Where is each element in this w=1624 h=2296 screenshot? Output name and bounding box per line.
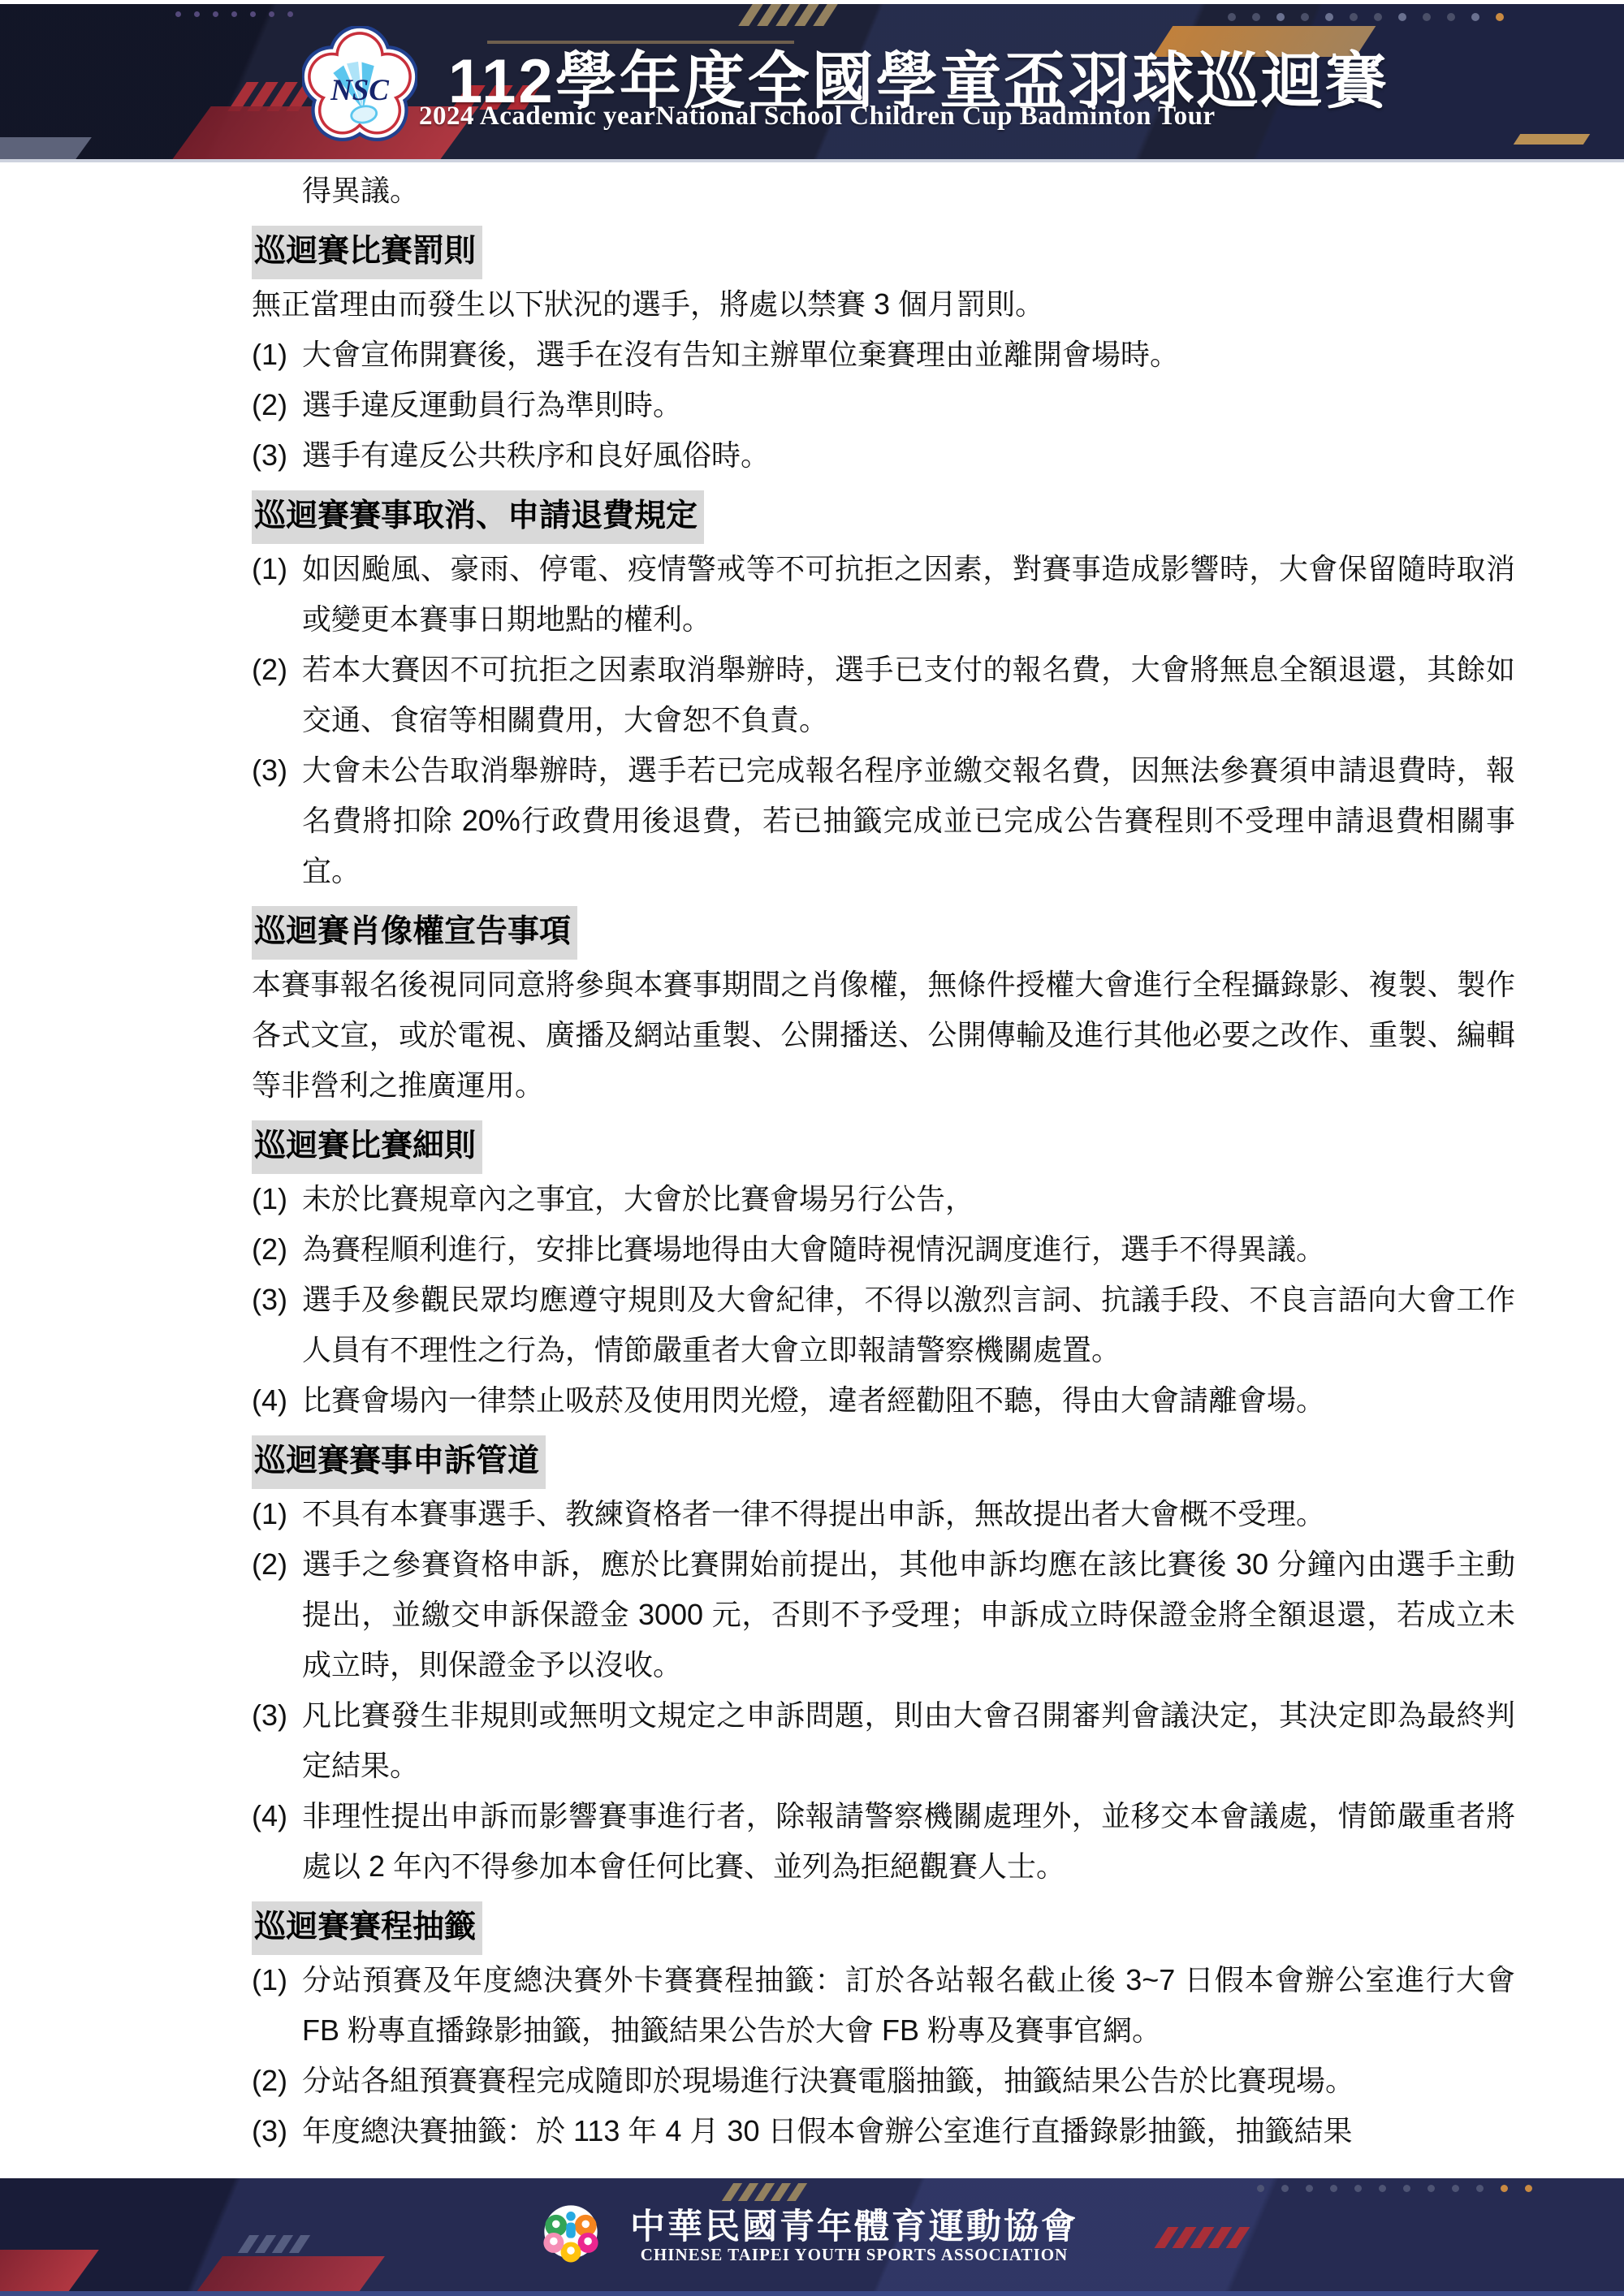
event-subtitle-en: 2024 Academic yearNational School Childr… xyxy=(419,101,1216,132)
footer-banner: 中華民國青年體育運動協會 CHINESE TAIPEI YOUTH SPORTS… xyxy=(0,2178,1624,2296)
item-number: (1) xyxy=(252,1489,287,1539)
list-item: (3) 大會未公告取消舉辦時，選手若已完成報名程序並繳交報名費，因無法參賽須申請… xyxy=(252,745,1515,896)
footer-slash-group-red xyxy=(1161,2227,1250,2248)
section-paragraph: 本賽事報名後視同同意將參與本賽事期間之肖像權，無條件授權大會進行全程攝錄影、複製… xyxy=(252,960,1515,1111)
list-item: (4) 比賽會場內一律禁止吸菸及使用閃光燈，違者經勸阻不聽，得由大會請離會場。 xyxy=(252,1375,1515,1426)
footer-slash-group-gray xyxy=(244,2235,312,2253)
section-heading: 巡迴賽賽程抽籤 xyxy=(252,1901,482,1955)
list-item: (1) 大會宣佈開賽後，選手在沒有告知主辦單位棄賽理由並離開會場時。 xyxy=(252,330,1515,380)
item-number: (3) xyxy=(252,1690,287,1741)
item-text: 未於比賽規章內之事宜，大會於比賽會場另行公告， xyxy=(302,1182,974,1215)
item-number: (4) xyxy=(252,1375,287,1426)
item-text: 選手違反運動員行為準則時。 xyxy=(302,388,682,421)
item-number: (1) xyxy=(252,544,287,594)
item-text: 若本大賽因不可抗拒之因素取消舉辦時，選手已支付的報名費，大會將無息全額退還，其餘… xyxy=(302,653,1515,736)
list-item: (1) 不具有本賽事選手、教練資格者一律不得提出申訴，無故提出者大會概不受理。 xyxy=(252,1489,1515,1539)
header-banner: NSC 112學年度全國學童盃羽球巡迴賽 2024 Academic yearN… xyxy=(0,4,1624,162)
continuation-line: 得異議。 xyxy=(252,166,1515,216)
item-text: 分站預賽及年度總決賽外卡賽賽程抽籤：訂於各站報名截止後 3~7 日假本會辦公室進… xyxy=(302,1963,1515,2047)
list-item: (3) 選手及參觀民眾均應遵守規則及大會紀律，不得以激烈言詞、抗議手段、不良言語… xyxy=(252,1275,1515,1375)
footer-bottom-strip xyxy=(0,2291,1624,2296)
section-heading: 巡迴賽肖像權宣告事項 xyxy=(252,906,577,960)
item-text: 選手之參賽資格申訴，應於比賽開始前提出，其他申訴均應在該比賽後 30 分鐘內由選… xyxy=(302,1547,1515,1681)
header-dots-right xyxy=(1228,13,1520,21)
section-appeal-channel: 巡迴賽賽事申訴管道 (1) 不具有本賽事選手、教練資格者一律不得提出申訴，無故提… xyxy=(252,1435,1515,1892)
item-text: 不具有本賽事選手、教練資格者一律不得提出申訴，無故提出者大會概不受理。 xyxy=(302,1497,1325,1530)
section-cancellation-refund: 巡迴賽賽事取消、申請退費規定 (1) 如因颱風、豪雨、停電、疫情警戒等不可抗拒之… xyxy=(252,490,1515,896)
section-match-rules: 巡迴賽比賽細則 (1) 未於比賽規章內之事宜，大會於比賽會場另行公告， (2) … xyxy=(252,1120,1515,1426)
item-number: (1) xyxy=(252,1955,287,2005)
list-item: (2) 選手違反運動員行為準則時。 xyxy=(252,380,1515,430)
item-number: (2) xyxy=(252,2056,287,2106)
footer-org-name-zh: 中華民國青年體育運動協會 xyxy=(627,2199,1082,2249)
item-number: (3) xyxy=(252,745,287,796)
section-penalties: 巡迴賽比賽罰則 無正當理由而發生以下狀況的選手，將處以禁賽 3 個月罰則。 (1… xyxy=(252,226,1515,481)
item-text: 選手有違反公共秩序和良好風俗時。 xyxy=(302,438,770,472)
item-text: 大會宣佈開賽後，選手在沒有告知主辦單位棄賽理由並離開會場時。 xyxy=(302,338,1179,371)
item-text: 大會未公告取消舉辦時，選手若已完成報名程序並繳交報名費，因無法參賽須申請退費時，… xyxy=(302,753,1515,887)
item-text: 非理性提出申訴而影響賽事進行者，除報請警察機關處理外，並移交本會議處，情節嚴重者… xyxy=(302,1799,1515,1883)
item-text: 分站各組預賽賽程完成隨即於現場進行決賽電腦抽籤，抽籤結果公告於比賽現場。 xyxy=(302,2064,1354,2097)
item-text: 年度總決賽抽籤：於 113 年 4 月 30 日假本會辦公室進行直播錄影抽籤，抽… xyxy=(302,2114,1352,2147)
section-heading: 巡迴賽比賽罰則 xyxy=(252,226,482,279)
section-draw: 巡迴賽賽程抽籤 (1) 分站預賽及年度總決賽外卡賽賽程抽籤：訂於各站報名截止後 … xyxy=(252,1901,1515,2156)
list-item: (1) 分站預賽及年度總決賽外卡賽賽程抽籤：訂於各站報名截止後 3~7 日假本會… xyxy=(252,1955,1515,2056)
section-portrait-rights: 巡迴賽肖像權宣告事項 本賽事報名後視同同意將參與本賽事期間之肖像權，無條件授權大… xyxy=(252,906,1515,1111)
header-tan-stripe xyxy=(1514,134,1590,145)
youth-sports-association-logo xyxy=(532,2193,610,2271)
list-item: (4) 非理性提出申訴而影響賽事進行者，除報請警察機關處理外，並移交本會議處，情… xyxy=(252,1791,1515,1892)
item-number: (3) xyxy=(252,1275,287,1325)
section-heading: 巡迴賽賽事申訴管道 xyxy=(252,1435,546,1489)
list-item: (2) 若本大賽因不可抗拒之因素取消舉辦時，選手已支付的報名費，大會將無息全額退… xyxy=(252,645,1515,745)
list-item: (3) 選手有違反公共秩序和良好風俗時。 xyxy=(252,430,1515,481)
item-text: 如因颱風、豪雨、停電、疫情警戒等不可抗拒之因素，對賽事造成影響時，大會保留隨時取… xyxy=(302,552,1515,636)
list-item: (3) 年度總決賽抽籤：於 113 年 4 月 30 日假本會辦公室進行直播錄影… xyxy=(252,2106,1515,2156)
list-item: (1) 如因颱風、豪雨、停電、疫情警戒等不可抗拒之因素，對賽事造成影響時，大會保… xyxy=(252,544,1515,645)
list-item: (2) 為賽程順利進行，安排比賽場地得由大會隨時視情況調度進行，選手不得異議。 xyxy=(252,1224,1515,1275)
item-number: (3) xyxy=(252,2106,287,2156)
footer-red-wedge-mid xyxy=(192,2256,385,2296)
section-intro: 無正當理由而發生以下狀況的選手，將處以禁賽 3 個月罰則。 xyxy=(252,279,1515,330)
item-text: 為賽程順利進行，安排比賽場地得由大會隨時視情況調度進行，選手不得異議。 xyxy=(302,1232,1325,1266)
footer-dots xyxy=(1257,2185,1549,2192)
center-figure xyxy=(566,2212,576,2238)
item-number: (1) xyxy=(252,330,287,380)
footer-red-wedge-left xyxy=(0,2250,99,2296)
header-dots-left xyxy=(175,11,306,17)
nsc-badminton-logo: NSC xyxy=(302,26,417,158)
page-root: NSC 112學年度全國學童盃羽球巡迴賽 2024 Academic yearN… xyxy=(0,0,1624,2296)
item-text: 比賽會場內一律禁止吸菸及使用閃光燈，違者經勸阻不聽，得由大會請離會場。 xyxy=(302,1383,1325,1417)
item-number: (2) xyxy=(252,1539,287,1590)
item-number: (2) xyxy=(252,645,287,695)
list-item: (1) 未於比賽規章內之事宜，大會於比賽會場另行公告， xyxy=(252,1174,1515,1224)
item-text: 凡比賽發生非規則或無明文規定之申訴問題，則由大會召開審判會議決定，其決定即為最終… xyxy=(302,1698,1515,1782)
nsc-logo-text: NSC xyxy=(330,73,389,106)
item-number: (3) xyxy=(252,430,287,481)
item-number: (1) xyxy=(252,1174,287,1224)
footer-slash-group-tan xyxy=(728,2183,809,2201)
list-item: (2) 選手之參賽資格申訴，應於比賽開始前提出，其他申訴均應在該比賽後 30 分… xyxy=(252,1539,1515,1690)
list-item: (3) 凡比賽發生非規則或無明文規定之申訴問題，則由大會召開審判會議決定，其決定… xyxy=(252,1690,1515,1791)
document-body: 得異議。 巡迴賽比賽罰則 無正當理由而發生以下狀況的選手，將處以禁賽 3 個月罰… xyxy=(252,159,1515,2156)
footer-org-name-en: CHINESE TAIPEI YOUTH SPORTS ASSOCIATION xyxy=(627,2245,1082,2265)
section-heading: 巡迴賽比賽細則 xyxy=(252,1120,482,1174)
item-number: (4) xyxy=(252,1791,287,1841)
header-light-wedge xyxy=(0,137,92,162)
item-text: 選手及參觀民眾均應遵守規則及大會紀律，不得以激烈言詞、抗議手段、不良言語向大會工… xyxy=(302,1283,1515,1366)
item-number: (2) xyxy=(252,380,287,430)
section-heading: 巡迴賽賽事取消、申請退費規定 xyxy=(252,490,704,544)
item-number: (2) xyxy=(252,1224,287,1275)
header-slash-group xyxy=(745,4,839,26)
list-item: (2) 分站各組預賽賽程完成隨即於現場進行決賽電腦抽籤，抽籤結果公告於比賽現場。 xyxy=(252,2056,1515,2106)
